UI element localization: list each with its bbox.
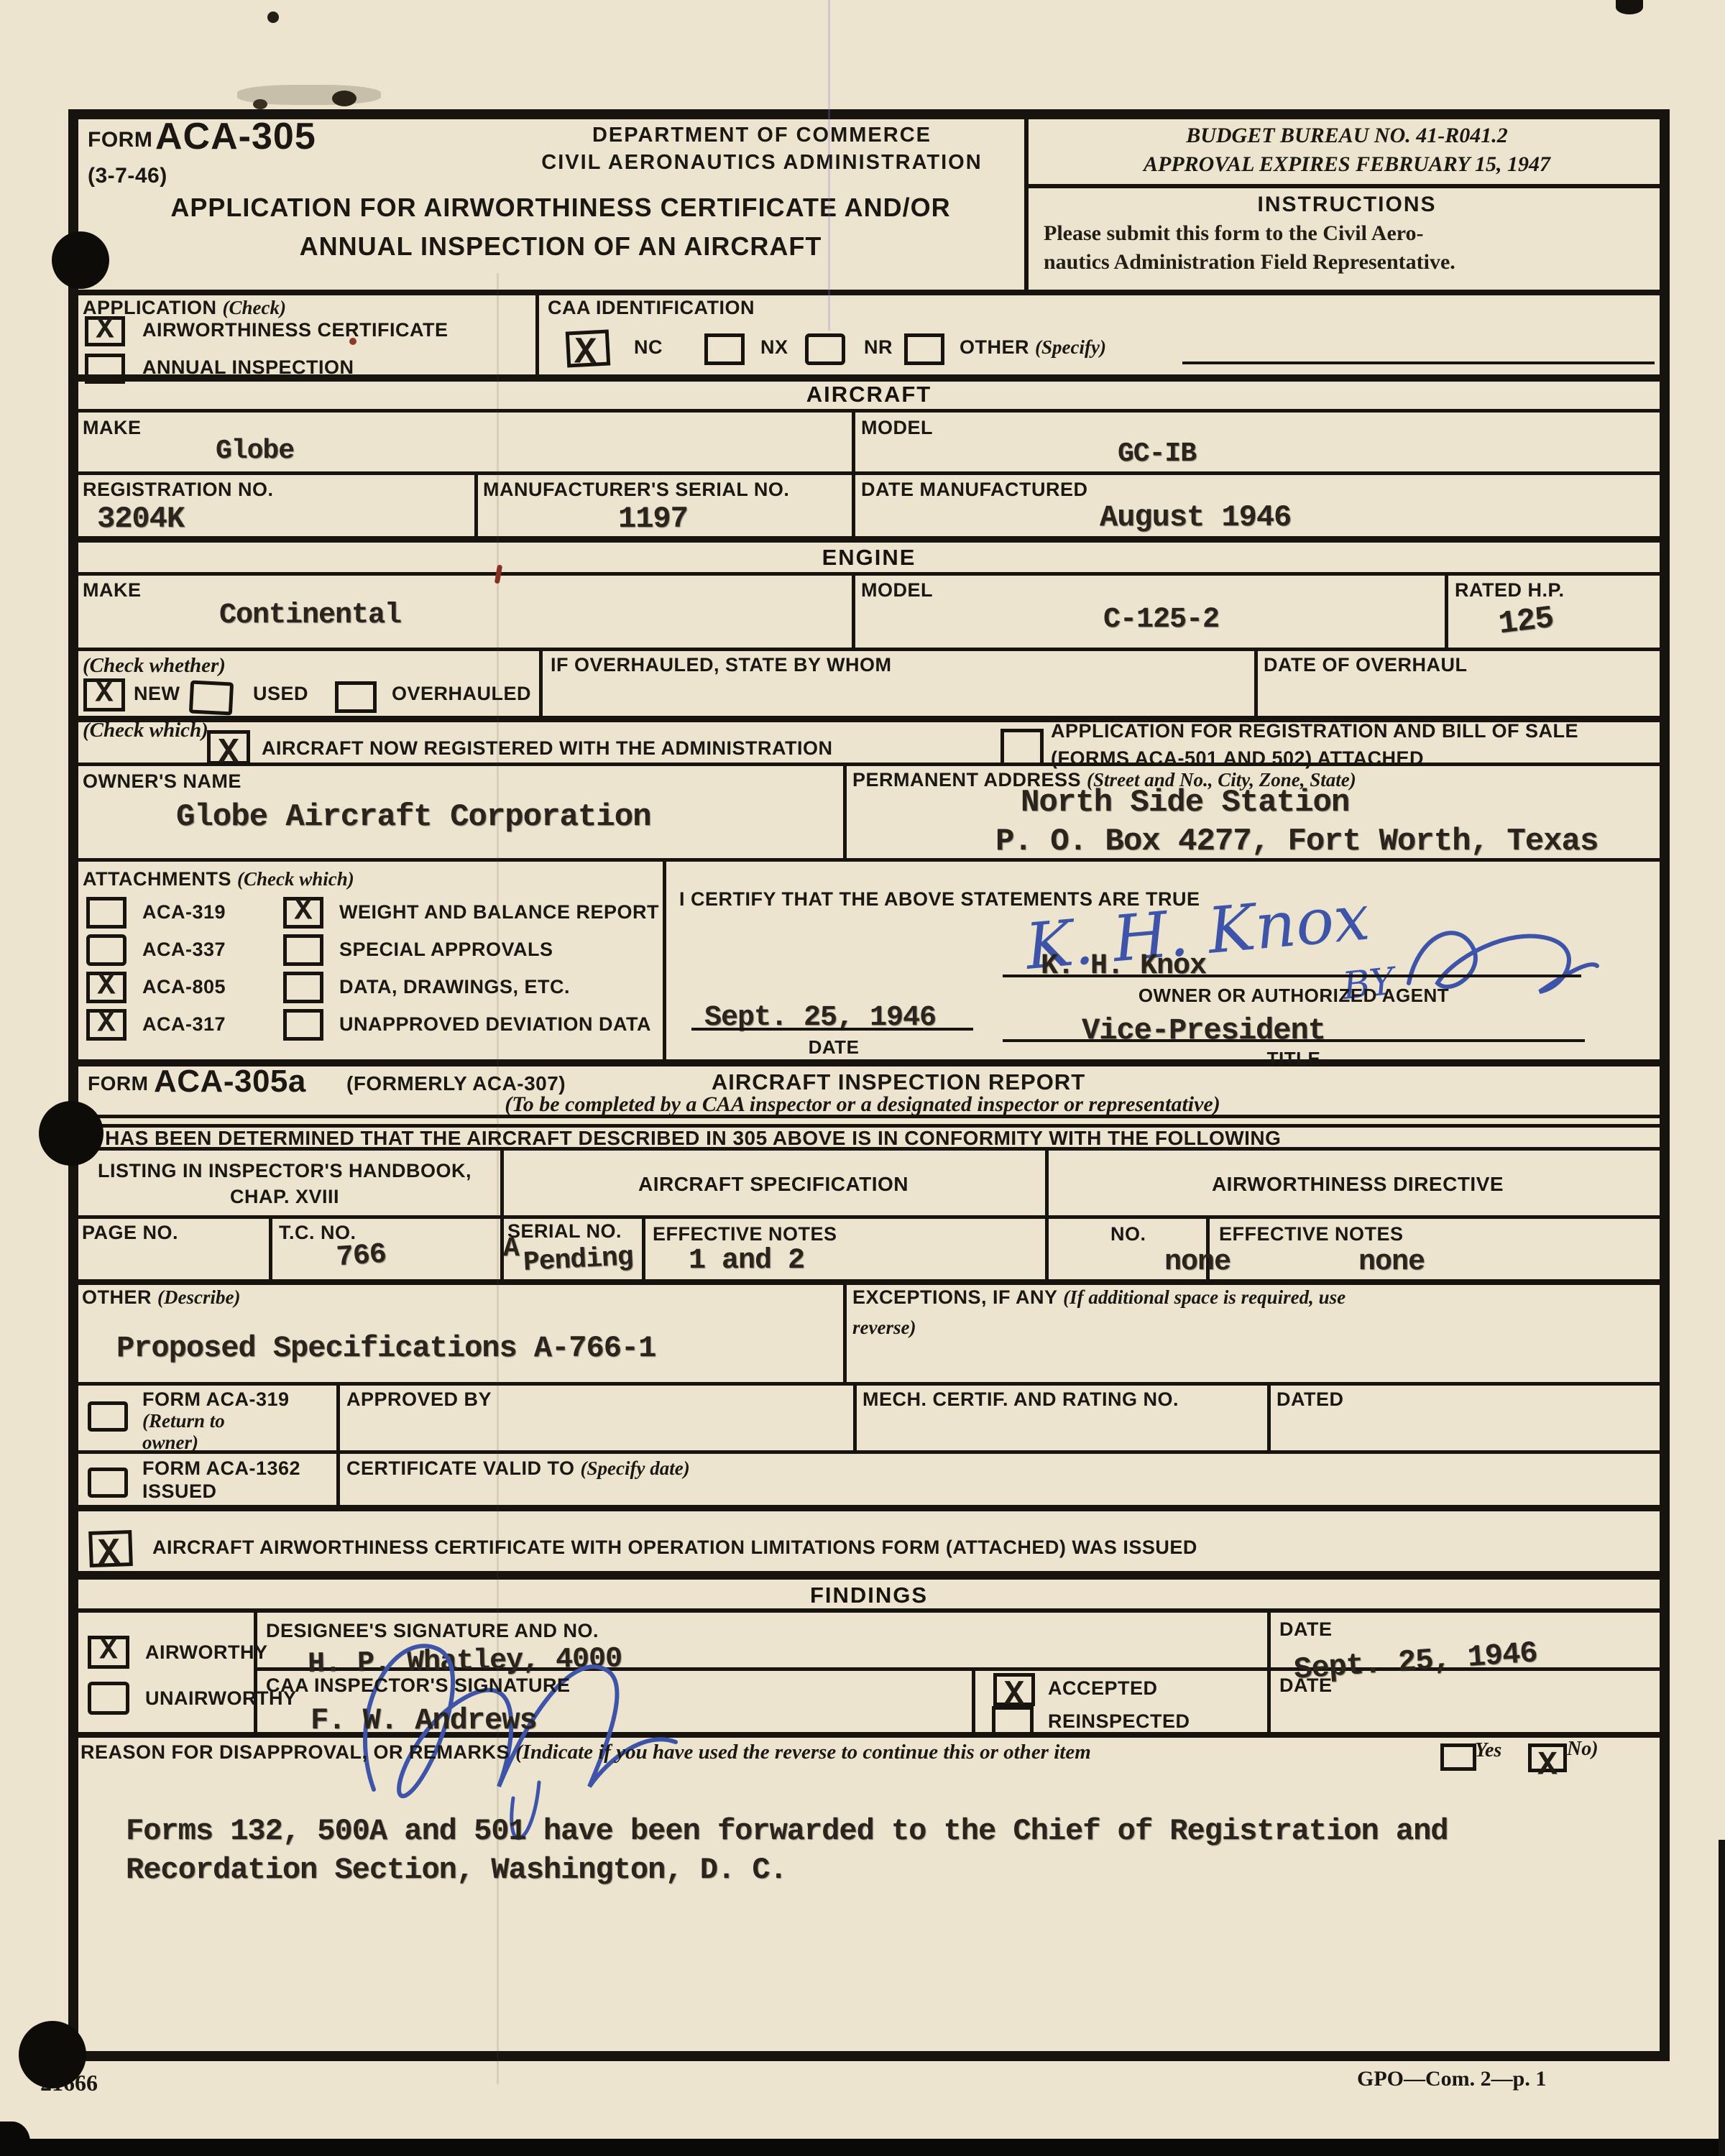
handbook-header-line1: LISTING IN INSPECTOR'S HANDBOOK, (72, 1160, 497, 1182)
checkbox-aca-317[interactable]: X (86, 1009, 126, 1041)
exceptions-label-line1: EXCEPTIONS, IF ANY (If additional space … (852, 1286, 1345, 1309)
rated-hp-value: 125 (1496, 601, 1555, 643)
signed-name-typed: K. H. Knox (1041, 950, 1206, 982)
divider (843, 1279, 847, 1384)
checkbox-nx[interactable] (704, 333, 745, 365)
form-aca-1362-line2: ISSUED (142, 1480, 217, 1503)
check-mark: X (1537, 1746, 1558, 1784)
form-aca-1362-line1: FORM ACA-1362 (142, 1457, 300, 1480)
divider (852, 409, 855, 538)
caa-inspector-signature-typed: F. W. Andrews (310, 1703, 537, 1738)
scanner-line (828, 0, 830, 331)
accepted-label: ACCEPTED (1048, 1677, 1158, 1700)
checkbox-other[interactable] (904, 333, 944, 365)
page-title-line2: ANNUAL INSPECTION OF AN AIRCRAFT (101, 231, 1021, 262)
dated-label: DATED (1276, 1388, 1344, 1411)
divider (78, 1450, 1660, 1454)
scan-edge-bottom (0, 2139, 1725, 2156)
divider (642, 1215, 645, 1281)
divider (535, 290, 539, 376)
check-mark: X (96, 313, 114, 347)
used-label: USED (253, 683, 308, 705)
check-mark: X (97, 1006, 115, 1041)
aca-319-label: ACA-319 (142, 901, 226, 923)
aircraft-registered-label: AIRCRAFT NOW REGISTERED WITH THE ADMINIS… (262, 737, 832, 760)
divider (852, 572, 855, 650)
check-mark: X (97, 1532, 121, 1575)
report-subtitle: (To be completed by a CAA inspector or a… (144, 1092, 1581, 1117)
handbook-header-line2: CHAP. XVIII (72, 1186, 497, 1208)
checkbox-annual-inspection[interactable] (85, 354, 125, 384)
check-mark: X (218, 733, 239, 774)
divider (78, 1382, 1660, 1386)
serial-a-value: A (503, 1233, 519, 1264)
new-label: NEW (134, 683, 180, 705)
findings-date-label-top: DATE (1279, 1618, 1333, 1641)
engine-make-label: MAKE (83, 579, 142, 602)
checkbox-weight-balance[interactable]: X (283, 897, 323, 929)
form-aca-319-line2: (Return to (142, 1410, 225, 1432)
checkbox-new[interactable]: X (83, 678, 125, 711)
airworthiness-directive-header: AIRWORTHINESS DIRECTIVE (1048, 1173, 1667, 1196)
approved-by-label: APPROVED BY (346, 1388, 492, 1411)
engine-model-value: C-125-2 (1103, 604, 1219, 636)
form-aca-319-line3: owner) (142, 1432, 198, 1454)
checkbox-registration-attached[interactable] (1000, 729, 1044, 766)
ad-no-label: NO. (1110, 1223, 1146, 1245)
divider (1045, 1147, 1049, 1282)
divider (1254, 648, 1258, 718)
divider (78, 290, 1660, 295)
page-no-label: PAGE NO. (82, 1222, 178, 1244)
airworthy-label: AIRWORTHY (145, 1641, 268, 1664)
divider (78, 648, 1660, 651)
aircraft-spec-header: AIRCRAFT SPECIFICATION (503, 1173, 1044, 1196)
title-line (1003, 1039, 1585, 1042)
divider (853, 1382, 857, 1452)
no-label: No) (1567, 1738, 1598, 1761)
signature-line (1003, 975, 1581, 977)
divider (269, 1215, 272, 1281)
checkbox-special-approvals[interactable] (283, 934, 323, 966)
date-manufactured-label: DATE MANUFACTURED (861, 479, 1087, 501)
punch-hole (39, 1101, 103, 1166)
nr-label: NR (864, 336, 893, 359)
overhauled-by-whom-label: IF OVERHAULED, STATE BY WHOM (551, 654, 892, 676)
checkbox-nc[interactable]: X (566, 329, 611, 367)
check-mark: X (294, 894, 312, 929)
other-describe-label: OTHER (Describe) (82, 1286, 240, 1309)
reason-remarks-label: REASON FOR DISAPPROVAL, OR REMARKS (Indi… (80, 1741, 1091, 1764)
reinspected-label: REINSPECTED (1048, 1710, 1190, 1733)
divider (78, 1505, 1660, 1511)
checkbox-overhauled[interactable] (335, 681, 377, 713)
owner-name-label: OWNER'S NAME (83, 770, 241, 793)
remarks-line2: Recordation Section, Washington, D. C. (126, 1853, 787, 1887)
divider (1024, 119, 1029, 290)
certify-title-value: Vice-President (1082, 1013, 1325, 1048)
footer-gpo-imprint: GPO—Com. 2—p. 1 (1357, 2067, 1546, 2091)
mfr-serial-value: 1197 (618, 502, 688, 536)
divider (78, 1279, 1660, 1285)
remarks-line1: Forms 132, 500A and 501 have been forwar… (126, 1814, 1448, 1848)
aircraft-make-label: MAKE (83, 417, 142, 439)
other-label: OTHER (Specify) (960, 336, 1106, 359)
exceptions-label-line2: reverse) (852, 1317, 916, 1339)
ad-effective-notes-value: none (1358, 1246, 1425, 1279)
aca-317-label: ACA-317 (142, 1013, 226, 1036)
checkbox-used[interactable] (189, 680, 234, 715)
serial-value: Pending (523, 1242, 634, 1279)
overhauled-label: OVERHAULED (392, 683, 531, 705)
registration-no-label: REGISTRATION NO. (83, 479, 274, 501)
owner-address-line2: P. O. Box 4277, Fort Worth, Texas (995, 824, 1598, 860)
serial-no-label: SERIAL NO. (507, 1220, 622, 1243)
smudge (253, 99, 267, 109)
checkbox-aircraft-registered[interactable]: X (207, 730, 250, 765)
other-specify-line[interactable] (1182, 361, 1655, 364)
owner-name-value: Globe Aircraft Corporation (176, 799, 651, 835)
smudge (332, 91, 356, 106)
attachments-label: ATTACHMENTS (Check which) (83, 868, 354, 890)
tc-no-value: 766 (336, 1239, 387, 1275)
divider (78, 1059, 1660, 1067)
registration-attached-line1: APPLICATION FOR REGISTRATION AND BILL OF… (1051, 720, 1578, 742)
budget-bureau-line2: APPROVAL EXPIRES FEBRUARY 15, 1947 (1034, 152, 1660, 177)
other-describe-value: Proposed Specifications A-766-1 (116, 1331, 655, 1365)
owner-address-line1: North Side Station (1021, 785, 1349, 821)
divider (1267, 1382, 1271, 1452)
certify-date-label: DATE (762, 1036, 906, 1059)
page-title-line1: APPLICATION FOR AIRWORTHINESS CERTIFICAT… (101, 193, 1021, 223)
divider (539, 648, 543, 718)
checkbox-no[interactable]: X (1528, 1743, 1567, 1772)
date-line (691, 1028, 973, 1031)
divider (663, 858, 666, 1062)
checkbox-form-aca-319-return[interactable] (88, 1401, 128, 1432)
yes-label: Yes (1475, 1739, 1501, 1762)
paper-crease (497, 273, 499, 2084)
checkbox-airworthy[interactable]: X (88, 1636, 129, 1669)
scanned-form-aca-305: FORM ACA-305 (3-7-46) DEPARTMENT OF COMM… (0, 0, 1725, 2156)
smudge (267, 11, 279, 23)
effective-notes-label: EFFECTIVE NOTES (653, 1223, 837, 1245)
divider (78, 409, 1660, 413)
check-which-label: (Check which) (83, 719, 208, 742)
checkbox-aca-319[interactable] (86, 897, 126, 929)
divider (1267, 1610, 1271, 1736)
checkbox-unairworthy[interactable] (88, 1682, 129, 1715)
instructions-line2: nautics Administration Field Representat… (1044, 250, 1455, 275)
checkbox-certificate-issued[interactable]: X (88, 1530, 133, 1567)
divider (78, 572, 1660, 576)
budget-bureau-line1: BUDGET BUREAU NO. 41-R041.2 (1034, 124, 1660, 148)
punch-hole (19, 2021, 86, 2088)
checkbox-aca-337[interactable] (86, 934, 126, 966)
divider (1445, 572, 1448, 650)
effective-notes-value: 1 and 2 (689, 1245, 804, 1277)
date-manufactured-value: August 1946 (1100, 500, 1291, 535)
checkbox-form-aca-1362[interactable] (88, 1468, 128, 1498)
nc-label: NC (634, 336, 663, 359)
data-drawings-label: DATA, DRAWINGS, ETC. (339, 976, 570, 998)
divider (78, 536, 1660, 543)
divider (474, 471, 478, 538)
divider (254, 1610, 257, 1736)
check-whether-label: (Check whether) (83, 654, 226, 678)
divider (78, 471, 1660, 475)
registration-attached-line2: (FORMS ACA-501 AND 502) ATTACHED (1051, 747, 1424, 770)
divider (972, 1669, 975, 1736)
checkbox-yes[interactable] (1440, 1743, 1476, 1771)
dept-line1: DEPARTMENT OF COMMERCE (503, 124, 1021, 147)
divider (78, 1571, 1660, 1580)
tc-no-label: T.C. NO. (279, 1222, 356, 1244)
aircraft-section-title: AIRCRAFT (68, 382, 1670, 407)
check-mark: X (97, 969, 115, 1003)
ad-effective-notes-label: EFFECTIVE NOTES (1219, 1223, 1404, 1245)
smudge (1616, 0, 1643, 14)
report-form-label: FORM (88, 1072, 148, 1095)
form-aca-319-line1: FORM ACA-319 (142, 1388, 290, 1411)
divider (78, 1608, 1660, 1613)
airworthiness-certificate-label: AIRWORTHINESS CERTIFICATE (142, 319, 448, 341)
check-mark: X (574, 331, 597, 374)
aca-337-label: ACA-337 (142, 939, 226, 961)
caa-identification-label: CAA IDENTIFICATION (548, 297, 755, 319)
registration-no-value: 3204K (97, 502, 184, 536)
aca-805-label: ACA-805 (142, 976, 226, 998)
findings-section-title: FINDINGS (68, 1583, 1670, 1608)
special-approvals-label: SPECIAL APPROVALS (339, 939, 553, 961)
date-of-overhaul-label: DATE OF OVERHAUL (1264, 654, 1468, 676)
certificate-issued-text: AIRCRAFT AIRWORTHINESS CERTIFICATE WITH … (152, 1537, 1197, 1559)
certificate-valid-to-label: CERTIFICATE VALID TO (Specify date) (346, 1457, 690, 1480)
signer-role-label: OWNER OR AUTHORIZED AGENT (1107, 985, 1481, 1007)
engine-model-label: MODEL (861, 579, 933, 602)
mech-certif-label: MECH. CERTIF. AND RATING NO. (862, 1388, 1179, 1411)
divider (1024, 184, 1660, 188)
weight-balance-label: WEIGHT AND BALANCE REPORT (339, 901, 659, 923)
divider (78, 1215, 1660, 1219)
scan-edge-right (1719, 1840, 1725, 2156)
check-mark: X (99, 1634, 117, 1668)
dept-line2: CIVIL AERONAUTICS ADMINISTRATION (503, 151, 1021, 175)
form-number: ACA-305 (155, 115, 316, 158)
rated-hp-label: RATED H.P. (1455, 579, 1565, 602)
aircraft-model-label: MODEL (861, 417, 933, 439)
form-label: FORM (88, 128, 152, 152)
checkbox-data-drawings[interactable] (283, 972, 323, 1003)
engine-section-title: ENGINE (68, 545, 1670, 571)
annual-inspection-label: ANNUAL INSPECTION (142, 356, 354, 379)
divider (843, 763, 847, 860)
caa-inspector-signature-label: CAA INSPECTOR'S SIGNATURE (266, 1674, 570, 1697)
form-date: (3-7-46) (88, 164, 167, 188)
checkbox-accepted[interactable]: X (993, 1673, 1035, 1706)
checkbox-airworthiness-certificate[interactable]: X (85, 316, 125, 346)
mfr-serial-label: MANUFACTURER'S SERIAL NO. (483, 479, 789, 501)
punch-hole (52, 231, 109, 289)
red-speck (349, 338, 356, 345)
aircraft-make-value: Globe (216, 436, 294, 466)
checkbox-nr[interactable] (805, 333, 845, 365)
report-title: AIRCRAFT INSPECTION REPORT (647, 1069, 1150, 1095)
checkbox-unapproved-deviation[interactable] (283, 1009, 323, 1041)
divider (336, 1382, 340, 1507)
engine-make-value: Continental (219, 599, 401, 632)
nx-label: NX (760, 336, 788, 359)
scan-edge-corner (0, 2122, 30, 2156)
conformity-statement: IT HAS BEEN DETERMINED THAT THE AIRCRAFT… (80, 1127, 1281, 1150)
checkbox-reinspected[interactable] (992, 1706, 1034, 1738)
unapproved-deviation-label: UNAPPROVED DEVIATION DATA (339, 1013, 651, 1036)
instructions-line1: Please submit this form to the Civil Aer… (1044, 221, 1424, 246)
aircraft-model-value: GC-IB (1118, 438, 1196, 469)
certify-title-label: TITLE (1186, 1048, 1402, 1070)
instructions-title: INSTRUCTIONS (1034, 193, 1660, 217)
check-mark: X (95, 676, 113, 711)
checkbox-aca-805[interactable]: X (86, 972, 126, 1003)
ad-no-value: none (1164, 1246, 1230, 1279)
